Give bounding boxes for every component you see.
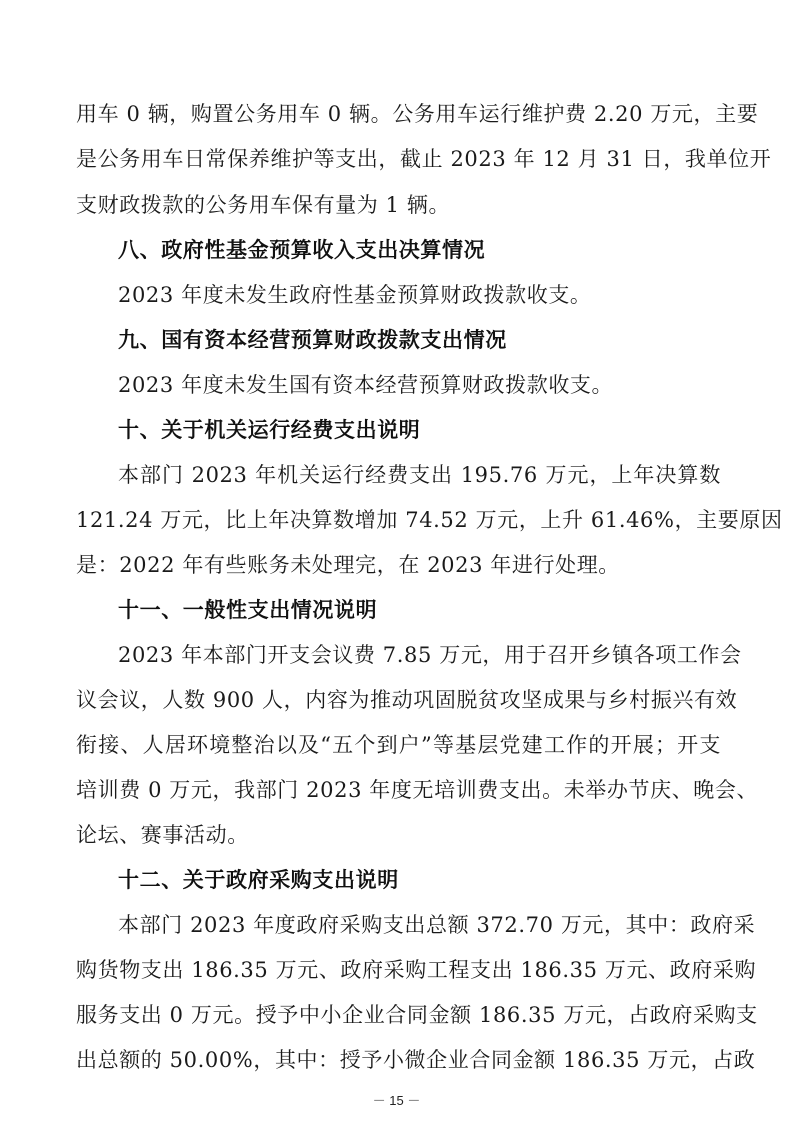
- section-heading-9: 九、国有资本经营预算财政拨款支出情况: [118, 327, 763, 353]
- body-line: 2023 年度未发生国有资本经营预算财政拨款收支。: [118, 372, 763, 398]
- body-line: 出总额的 50.00%，其中：授予小微企业合同金额 186.35 万元，占政: [76, 1047, 721, 1073]
- body-line: 2023 年本部门开支会议费 7.85 万元，用于召开乡镇各项工作会: [118, 642, 721, 668]
- body-line: 论坛、赛事活动。: [76, 822, 721, 848]
- body-line: 用车 0 辆，购置公务用车 0 辆。公务用车运行维护费 2.20 万元，主要: [76, 101, 721, 127]
- body-line: 服务支出 0 万元。授予中小企业合同金额 186.35 万元，占政府采购支: [76, 1002, 721, 1028]
- body-line: 121.24 万元，比上年决算数增加 74.52 万元，上升 61.46%，主要…: [76, 507, 721, 533]
- body-line: 培训费 0 万元，我部门 2023 年度无培训费支出。未举办节庆、晚会、: [76, 777, 721, 803]
- body-line: 2023 年度未发生政府性基金预算财政拨款收支。: [118, 282, 763, 308]
- body-line: 是：2022 年有些账务未处理完，在 2023 年进行处理。: [76, 552, 721, 578]
- body-line: 衔接、人居环境整治以及“五个到户”等基层党建工作的开展；开支: [76, 732, 721, 758]
- body-line: 本部门 2023 年度政府采购支出总额 372.70 万元，其中：政府采: [118, 912, 721, 938]
- page-number: － 15 －: [0, 1090, 793, 1109]
- section-heading-10: 十、关于机关运行经费支出说明: [118, 417, 763, 443]
- body-line: 本部门 2023 年机关运行经费支出 195.76 万元，上年决算数: [118, 462, 721, 488]
- body-line: 是公务用车日常保养维护等支出，截止 2023 年 12 月 31 日，我单位开: [76, 146, 721, 172]
- body-line: 购货物支出 186.35 万元、政府采购工程支出 186.35 万元、政府采购: [76, 957, 721, 983]
- body-line: 支财政拨款的公务用车保有量为 1 辆。: [76, 192, 721, 218]
- section-heading-11: 十一、一般性支出情况说明: [118, 597, 763, 623]
- document-page: 用车 0 辆，购置公务用车 0 辆。公务用车运行维护费 2.20 万元，主要 是…: [0, 0, 793, 1122]
- section-heading-12: 十二、关于政府采购支出说明: [118, 867, 763, 893]
- section-heading-8: 八、政府性基金预算收入支出决算情况: [118, 237, 763, 263]
- body-line: 议会议，人数 900 人，内容为推动巩固脱贫攻坚成果与乡村振兴有效: [76, 687, 721, 713]
